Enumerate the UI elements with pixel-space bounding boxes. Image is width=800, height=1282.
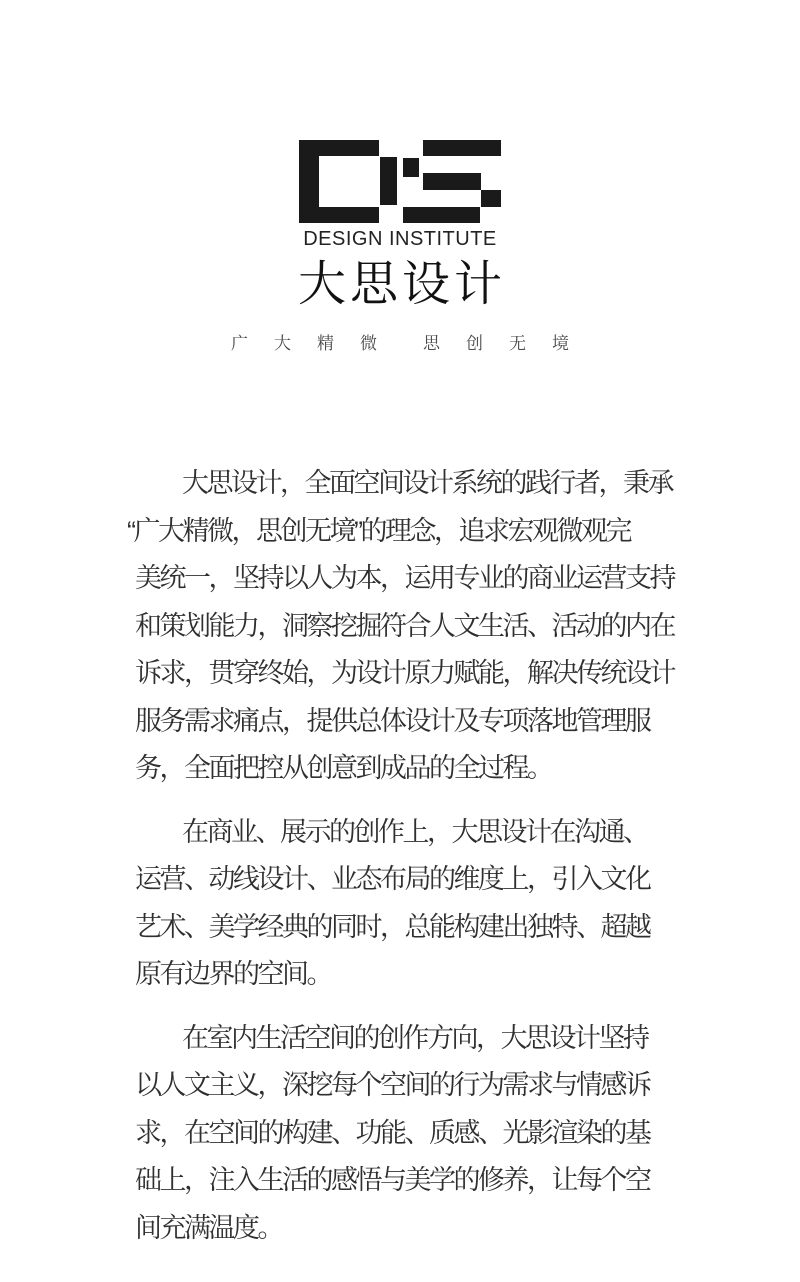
logo-block bbox=[299, 207, 379, 223]
ds-pixel-logo-icon bbox=[299, 140, 501, 223]
slogan-part-1: 广大精微 bbox=[231, 334, 403, 353]
logo-block bbox=[423, 140, 501, 156]
body-line: 美统一，坚持以人为本，运用专业的商业运营支持 bbox=[135, 555, 680, 603]
paragraph: 大思设计，全面空间设计系统的践行者，秉承“广大精微，思创无境”的理念，追求宏观微… bbox=[135, 460, 680, 793]
body-line: 和策划能力，洞察挖掘符合人文生活、活动的内在 bbox=[135, 603, 680, 651]
body-line: 诉求，贯穿终始，为设计原力赋能，解决传统设计 bbox=[135, 650, 680, 698]
body-line: 大思设计，全面空间设计系统的践行者，秉承 bbox=[135, 460, 680, 508]
body-line: 间充满温度。 bbox=[135, 1205, 680, 1253]
slogan-part-2: 思创无境 bbox=[423, 334, 595, 353]
brand-subtitle-en: DESIGN INSTITUTE bbox=[0, 229, 800, 249]
paragraph: 在商业、展示的创作上，大思设计在沟通、运营、动线设计、业态布局的维度上，引入文化… bbox=[135, 809, 680, 999]
article: 大思设计，全面空间设计系统的践行者，秉承“广大精微，思创无境”的理念，追求宏观微… bbox=[135, 460, 680, 1252]
logo-block bbox=[403, 158, 419, 177]
logo-block bbox=[380, 157, 397, 205]
body-line: 原有边界的空间。 bbox=[135, 951, 680, 999]
body-line: 务，全面把控从创意到成品的全过程。 bbox=[135, 745, 680, 793]
brand-name-cn: 大思设计 bbox=[0, 259, 800, 311]
logo-block bbox=[423, 173, 481, 190]
body-line: 求，在空间的构建、功能、质感、光影渲染的基 bbox=[135, 1110, 680, 1158]
body-line: 服务需求痛点，提供总体设计及专项落地管理服 bbox=[135, 698, 680, 746]
brand-intro-page: DESIGN INSTITUTE 大思设计 广大精微思创无境 大思设计，全面空间… bbox=[0, 0, 800, 1282]
body-line: 在室内生活空间的创作方向，大思设计坚持 bbox=[135, 1015, 680, 1063]
paragraph: 在室内生活空间的创作方向，大思设计坚持以人文主义，深挖每个空间的行为需求与情感诉… bbox=[135, 1015, 680, 1253]
brand-name-cn-text: 大思设计 bbox=[298, 258, 506, 311]
body-line: 以人文主义，深挖每个空间的行为需求与情感诉 bbox=[135, 1062, 680, 1110]
body-line: “广大精微，思创无境”的理念，追求宏观微观完 bbox=[127, 508, 680, 556]
body-line: 础上，注入生活的感悟与美学的修养，让每个空 bbox=[135, 1157, 680, 1205]
body-line: 运营、动线设计、业态布局的维度上，引入文化 bbox=[135, 856, 680, 904]
logo-block bbox=[481, 190, 501, 207]
brand-slogan: 广大精微思创无境 bbox=[0, 332, 800, 356]
body-line: 艺术、美学经典的同时，总能构建出独特、超越 bbox=[135, 904, 680, 952]
logo-block bbox=[403, 207, 480, 223]
body-line: 在商业、展示的创作上，大思设计在沟通、 bbox=[135, 809, 680, 857]
